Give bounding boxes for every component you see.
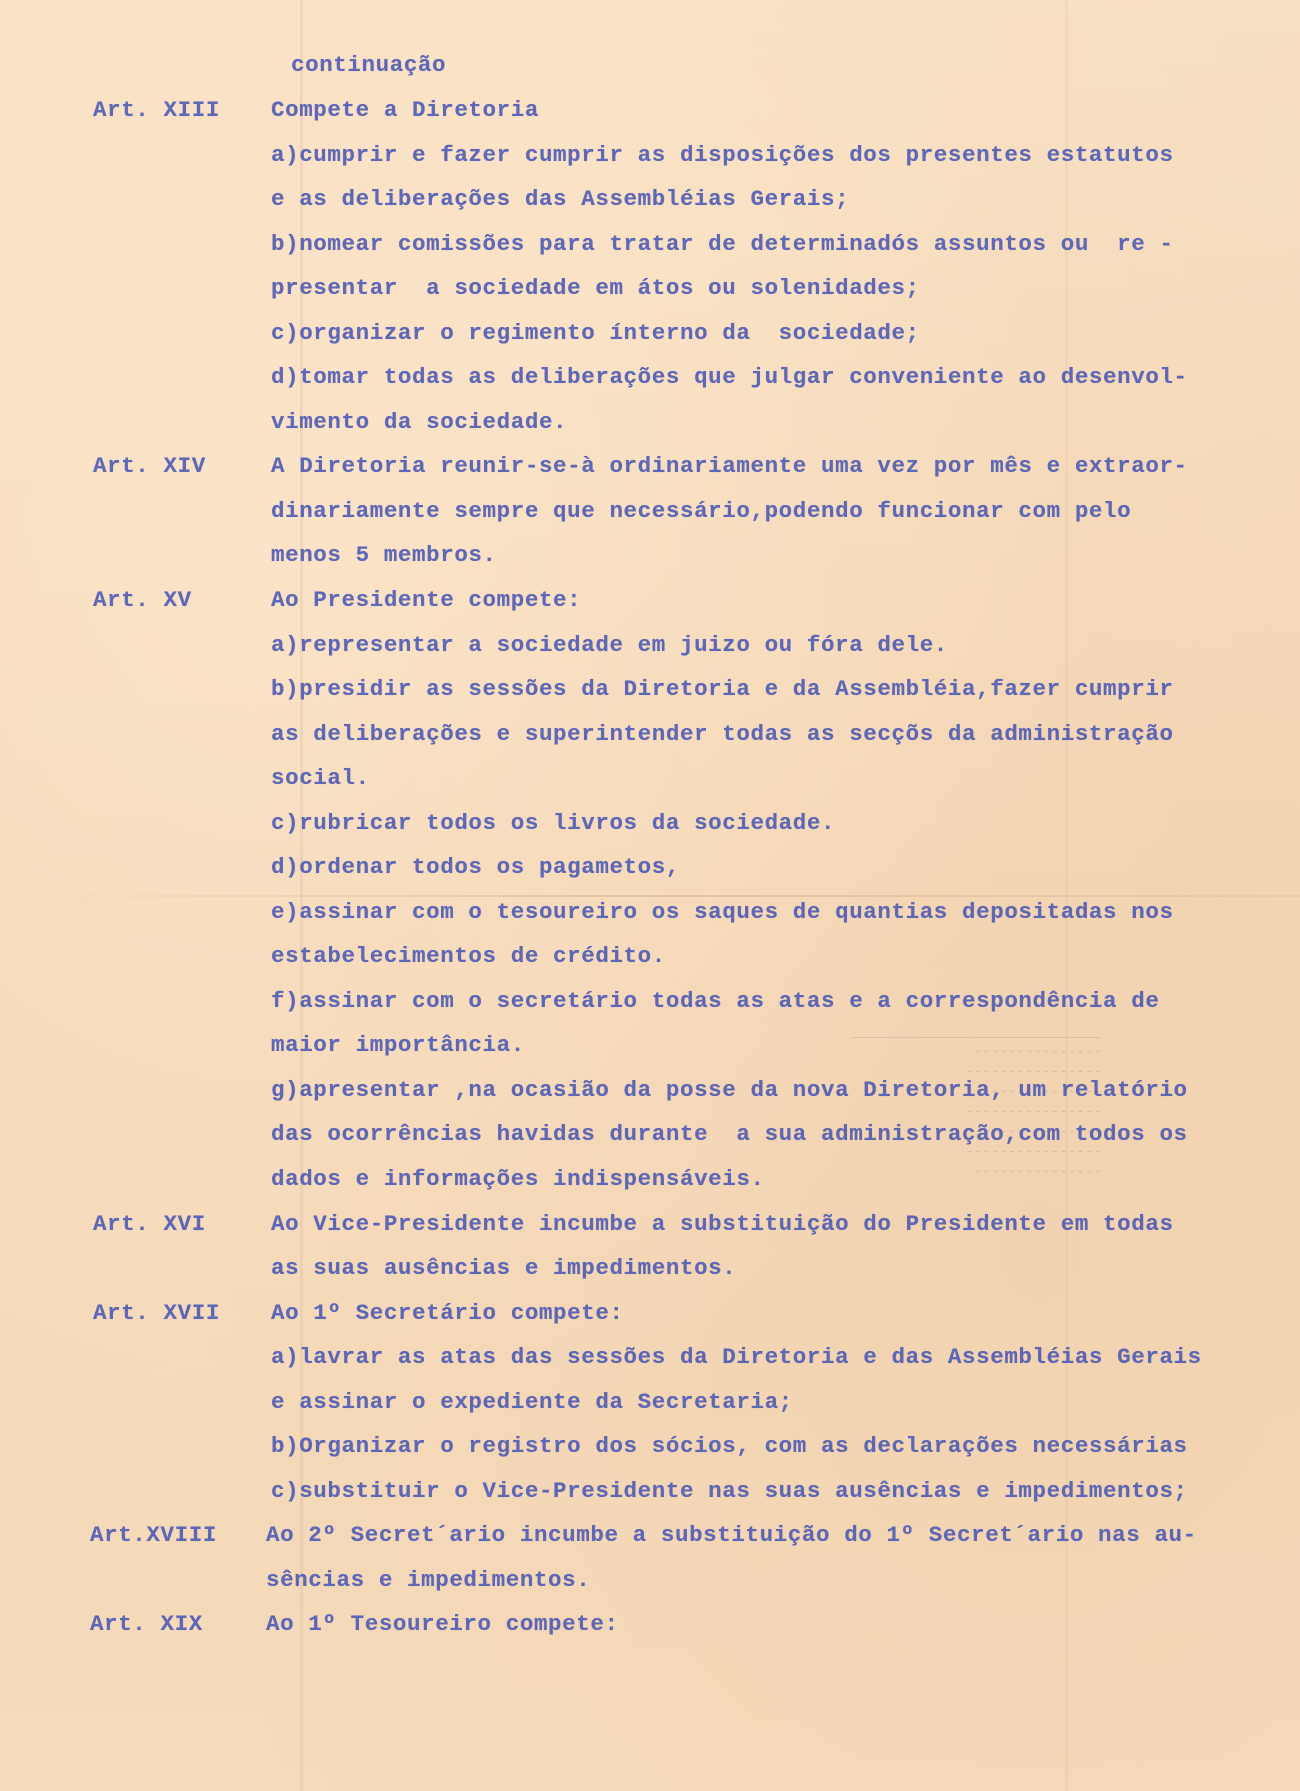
article-line: e as deliberações das Assembléias Gerais…	[271, 186, 849, 212]
article-label: Art. XIX	[90, 1611, 203, 1637]
article-label: Art. XIII	[93, 97, 220, 123]
article-line: estabelecimentos de crédito.	[271, 943, 666, 969]
article-line: f)assinar com o secretário todas as atas…	[271, 988, 1159, 1014]
article-line: e)assinar com o tesoureiro os saques de …	[271, 899, 1174, 925]
article-line: social.	[271, 765, 370, 791]
article-line: b)nomear comissões para tratar de determ…	[271, 231, 1174, 257]
typed-document: continuação Art. XIII Compete a Diretori…	[0, 0, 1300, 1791]
article-line: menos 5 membros.	[271, 542, 497, 568]
article-line: dinariamente sempre que necessário,poden…	[271, 498, 1131, 524]
article-line: das ocorrências havidas durante a sua ad…	[271, 1121, 1188, 1147]
article-line: Compete a Diretoria	[271, 97, 539, 123]
article-line: Ao 1º Secretário compete:	[271, 1300, 624, 1326]
article-line: b)presidir as sessões da Diretoria e da …	[271, 676, 1174, 702]
article-line: c)substituir o Vice-Presidente nas suas …	[271, 1478, 1188, 1504]
article-line: as deliberações e superintender todas as…	[271, 721, 1174, 747]
article-line: as suas ausências e impedimentos.	[271, 1255, 736, 1281]
continuation-header: continuação	[291, 52, 446, 78]
article-line: Ao 2º Secret´ario incumbe a substituição…	[266, 1522, 1197, 1548]
article-line: g)apresentar ,na ocasião da posse da nov…	[271, 1077, 1188, 1103]
article-label: Art. XIV	[93, 453, 206, 479]
article-line: presentar a sociedade em átos ou solenid…	[271, 275, 920, 301]
article-line: a)representar a sociedade em juizo ou fó…	[271, 632, 948, 658]
article-line: c)rubricar todos os livros da sociedade.	[271, 810, 835, 836]
article-line: d)ordenar todos os pagametos,	[271, 854, 680, 880]
article-line: sências e impedimentos.	[266, 1567, 590, 1593]
article-line: a)cumprir e fazer cumprir as disposições…	[271, 142, 1174, 168]
article-line: Ao Presidente compete:	[271, 587, 581, 613]
article-line: Ao 1º Tesoureiro compete:	[266, 1611, 619, 1637]
article-line: dados e informações indispensáveis.	[271, 1166, 765, 1192]
article-line: d)tomar todas as deliberações que julgar…	[271, 364, 1188, 390]
article-label: Art. XVI	[93, 1211, 206, 1237]
article-line: vimento da sociedade.	[271, 409, 567, 435]
article-line: e assinar o expediente da Secretaria;	[271, 1389, 793, 1415]
article-line: A Diretoria reunir-se-à ordinariamente u…	[271, 453, 1188, 479]
article-line: maior importância.	[271, 1032, 525, 1058]
article-label: Art. XV	[93, 587, 192, 613]
article-line: c)organizar o regimento ínterno da socie…	[271, 320, 920, 346]
article-line: Ao Vice-Presidente incumbe a substituiçã…	[271, 1211, 1174, 1237]
article-line: a)lavrar as atas das sessões da Diretori…	[271, 1344, 1202, 1370]
article-label: Art. XVII	[93, 1300, 220, 1326]
article-line: b)Organizar o registro dos sócios, com a…	[271, 1433, 1188, 1459]
article-label: Art.XVIII	[90, 1522, 217, 1548]
